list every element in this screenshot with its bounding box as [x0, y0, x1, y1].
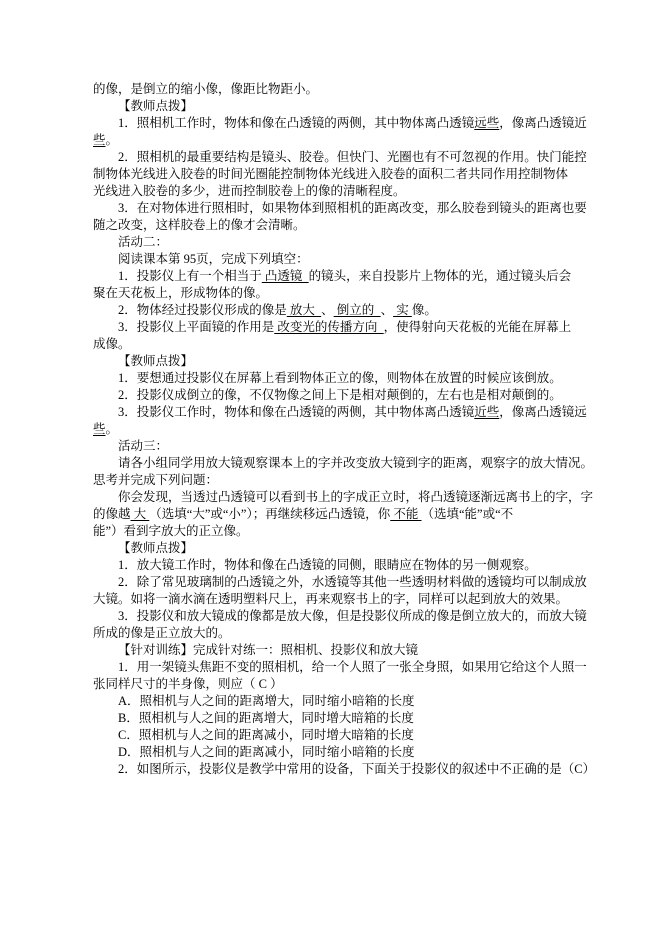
- text-line: 3．投影仪上平面镜的作用是 改变光的传播方向 ，使得射向天花板的光能在屏幕上: [93, 319, 579, 336]
- text-line: 大镜。如将一滴水滴在透明塑料尺上，再来观察书上的字，同样可以起到放大的效果。: [93, 591, 579, 608]
- text-line: 1．照相机工作时，物体和像在凸透镜的两侧，其中物体离凸透镜远些，像离凸透镜近: [93, 115, 579, 132]
- text-line: 2．如图所示，投影仪是教学中常用的设备，下面关于投影仪的叙述中不正确的是（C）: [93, 761, 579, 778]
- text-segment: 请各小组同学用放大镜观察课本上的字并改变放大镜到字的距离，观察字的放大情况。: [118, 456, 593, 470]
- text-line: 1．投影仪上有一个相当于 凸透镜 的镜头，来自投影片上物体的光，通过镜头后会: [93, 268, 579, 285]
- text-line: 聚在天花板上，形成物体的像。: [93, 285, 579, 302]
- text-segment: 1．投影仪上有一个相当于: [118, 269, 262, 283]
- text-segment: 1．用一架镜头焦距不变的照相机，给一个人照了一张全身照，如果用它给这个人照一: [118, 660, 587, 674]
- underlined-text: 近些: [474, 405, 499, 419]
- underlined-text: 实: [393, 303, 412, 317]
- text-segment: 2．除了常见玻璃制的凸透镜之外，水透镜等其他一些透明材料做的透镜均可以制成放: [118, 575, 587, 589]
- text-segment: 张同样尺寸的半身像，则应（ C ）: [93, 677, 283, 691]
- text-line: 2．物体经过投影仪形成的像是 放大 、 倒立的 、 实 像。: [93, 302, 579, 319]
- text-segment: 【针对训练】完成针对练一：照相机、投影仪和放大镜: [118, 643, 418, 657]
- text-line: 的像越 大 （选填“大”或“小”）；再继续移远凸透镜，你 不能 （选填“能”或“…: [93, 506, 579, 523]
- text-line: 所成的像是正立放大的。: [93, 625, 579, 642]
- text-segment: ，像离凸透镜近: [499, 116, 587, 130]
- text-line: 【教师点拨】: [93, 98, 579, 115]
- text-line: C．照相机与人之间的距离减小，同时增大暗箱的长度: [93, 727, 579, 744]
- text-line: 些。: [93, 132, 579, 149]
- document-page: 的像，是倒立的缩小像，像距比物距小。【教师点拨】1．照相机工作时，物体和像在凸透…: [0, 0, 661, 935]
- text-segment: 随之改变，这样胶卷上的像才会清晰。: [93, 218, 306, 232]
- text-segment: 思考并完成下列问题：: [93, 473, 218, 487]
- text-line: 【针对训练】完成针对练一：照相机、投影仪和放大镜: [93, 642, 579, 659]
- text-segment: C．照相机与人之间的距离减小，同时增大暗箱的长度: [118, 728, 414, 742]
- text-line: 些。: [93, 421, 579, 438]
- text-line: 活动三：: [93, 438, 579, 455]
- underlined-text: 放大: [287, 303, 321, 317]
- text-segment: B．照相机与人之间的距离增大，同时增大暗箱的长度: [118, 711, 414, 725]
- text-line: 张同样尺寸的半身像，则应（ C ）: [93, 676, 579, 693]
- text-segment: ，像离凸透镜远: [499, 405, 587, 419]
- text-segment: 的像，是倒立的缩小像，像距比物距小。: [93, 82, 318, 96]
- text-segment: 所成的像是正立放大的。: [93, 626, 231, 640]
- text-line: 光线进入胶卷的多少，进而控制胶卷上的像的清晰程度。: [93, 183, 579, 200]
- text-segment: 成像。: [93, 337, 131, 351]
- text-segment: 1．要想通过投影仪在屏幕上看到物体正立的像，则物体在放置的时候应该倒放。: [118, 371, 562, 385]
- text-segment: 像。: [412, 303, 437, 317]
- text-segment: 【教师点拨】: [118, 99, 193, 113]
- text-line: 2．照相机的最重要结构是镜头、胶卷。但快门、光圈也有不可忽视的作用。快门能控: [93, 149, 579, 166]
- text-segment: 。: [106, 133, 119, 147]
- text-segment: 活动三：: [118, 439, 168, 453]
- text-line: 3．投影仪和放大镜成的像都是放大像，但是投影仪所成的像是倒立放大的，而放大镜: [93, 608, 579, 625]
- text-line: 制物体光线进入胶卷的时间光圈能控制物体光线进入胶卷的面积二者共同作用控制物体: [93, 166, 579, 183]
- text-line: 2．投影仪成倒立的像，不仅物像之间上下是相对颠倒的，左右也是相对颠倒的。: [93, 387, 579, 404]
- text-segment: 3．投影仪工作时，物体和像在凸透镜的两侧，其中物体离凸透镜: [118, 405, 474, 419]
- underlined-text: 些: [93, 422, 106, 436]
- document-content: 的像，是倒立的缩小像，像距比物距小。【教师点拨】1．照相机工作时，物体和像在凸透…: [93, 81, 579, 778]
- text-segment: 【教师点拨】: [118, 541, 193, 555]
- text-segment: 1．照相机工作时，物体和像在凸透镜的两侧，其中物体离凸透镜: [118, 116, 474, 130]
- text-segment: 能”）看到字放大的正立像。: [93, 524, 249, 538]
- underlined-text: 不能: [390, 507, 421, 521]
- text-segment: D．照相机与人之间的距离减小，同时缩小暗箱的长度: [118, 745, 415, 759]
- text-segment: A．照相机与人之间的距离增大，同时缩小暗箱的长度: [118, 694, 415, 708]
- text-line: B．照相机与人之间的距离增大，同时增大暗箱的长度: [93, 710, 579, 727]
- text-segment: 3．在对物体进行照相时，如果物体到照相机的距离改变，那么胶卷到镜头的距离也要: [118, 201, 587, 215]
- text-line: 1．放大镜工作时，物体和像在凸透镜的同侧，眼睛应在物体的另一侧观察。: [93, 557, 579, 574]
- text-segment: 大镜。如将一滴水滴在透明塑料尺上，再来观察书上的字，同样可以起到放大的效果。: [93, 592, 568, 606]
- text-segment: 、: [381, 303, 394, 317]
- text-line: 阅读课本第 95页，完成下列填空：: [93, 251, 579, 268]
- text-segment: ，使得射向天花板的光能在屏幕上: [384, 320, 572, 334]
- text-segment: 聚在天花板上，形成物体的像。: [93, 286, 268, 300]
- text-line: 思考并完成下列问题：: [93, 472, 579, 489]
- underlined-text: 凸透镜: [262, 269, 309, 283]
- text-segment: 。: [106, 422, 119, 436]
- underlined-text: 倒立的: [334, 303, 381, 317]
- text-segment: 你会发现，当透过凸透镜可以看到书上的字成正立时，将凸透镜逐渐远离书上的字，字: [118, 490, 593, 504]
- text-line: 随之改变，这样胶卷上的像才会清晰。: [93, 217, 579, 234]
- underlined-text: 改变光的传播方向: [274, 320, 383, 334]
- text-segment: （选填“能”或“不: [422, 507, 514, 521]
- text-segment: 制物体光线进入胶卷的时间光圈能控制物体光线进入胶卷的面积二者共同作用控制物体: [93, 167, 568, 181]
- text-line: 1．要想通过投影仪在屏幕上看到物体正立的像，则物体在放置的时候应该倒放。: [93, 370, 579, 387]
- text-segment: 【教师点拨】: [118, 354, 193, 368]
- text-segment: 3．投影仪上平面镜的作用是: [118, 320, 274, 334]
- text-segment: 3．投影仪和放大镜成的像都是放大像，但是投影仪所成的像是倒立放大的，而放大镜: [118, 609, 587, 623]
- text-line: 的像，是倒立的缩小像，像距比物距小。: [93, 81, 579, 98]
- text-segment: 光线进入胶卷的多少，进而控制胶卷上的像的清晰程度。: [93, 184, 406, 198]
- text-segment: （选填“大”或“小”）；再继续移远凸透镜，你: [149, 507, 390, 521]
- text-line: 【教师点拨】: [93, 353, 579, 370]
- text-line: 3．投影仪工作时，物体和像在凸透镜的两侧，其中物体离凸透镜近些，像离凸透镜远: [93, 404, 579, 421]
- text-segment: 阅读课本第 95页，完成下列填空：: [118, 252, 309, 266]
- text-line: 1．用一架镜头焦距不变的照相机，给一个人照了一张全身照，如果用它给这个人照一: [93, 659, 579, 676]
- text-segment: 1．放大镜工作时，物体和像在凸透镜的同侧，眼睛应在物体的另一侧观察。: [118, 558, 537, 572]
- text-segment: 活动二：: [118, 235, 168, 249]
- underlined-text: 些: [93, 133, 106, 147]
- text-segment: 、: [321, 303, 334, 317]
- text-segment: 2．投影仪成倒立的像，不仅物像之间上下是相对颠倒的，左右也是相对颠倒的。: [118, 388, 562, 402]
- text-segment: 2．如图所示，投影仪是教学中常用的设备，下面关于投影仪的叙述中不正确的是（C）: [118, 762, 595, 776]
- text-line: D．照相机与人之间的距离减小，同时缩小暗箱的长度: [93, 744, 579, 761]
- text-line: 能”）看到字放大的正立像。: [93, 523, 579, 540]
- text-line: 请各小组同学用放大镜观察课本上的字并改变放大镜到字的距离，观察字的放大情况。: [93, 455, 579, 472]
- text-line: 2．除了常见玻璃制的凸透镜之外，水透镜等其他一些透明材料做的透镜均可以制成放: [93, 574, 579, 591]
- text-line: 成像。: [93, 336, 579, 353]
- underlined-text: 远些: [474, 116, 499, 130]
- text-line: A．照相机与人之间的距离增大，同时缩小暗箱的长度: [93, 693, 579, 710]
- text-segment: 2．物体经过投影仪形成的像是: [118, 303, 287, 317]
- text-line: 3．在对物体进行照相时，如果物体到照相机的距离改变，那么胶卷到镜头的距离也要: [93, 200, 579, 217]
- text-segment: 2．照相机的最重要结构是镜头、胶卷。但快门、光圈也有不可忽视的作用。快门能控: [118, 150, 587, 164]
- text-line: 活动二：: [93, 234, 579, 251]
- text-segment: 的镜头，来自投影片上物体的光，通过镜头后会: [309, 269, 572, 283]
- underlined-text: 大: [131, 507, 150, 521]
- text-line: 你会发现，当透过凸透镜可以看到书上的字成正立时，将凸透镜逐渐远离书上的字，字: [93, 489, 579, 506]
- text-line: 【教师点拨】: [93, 540, 579, 557]
- text-segment: 的像越: [93, 507, 131, 521]
